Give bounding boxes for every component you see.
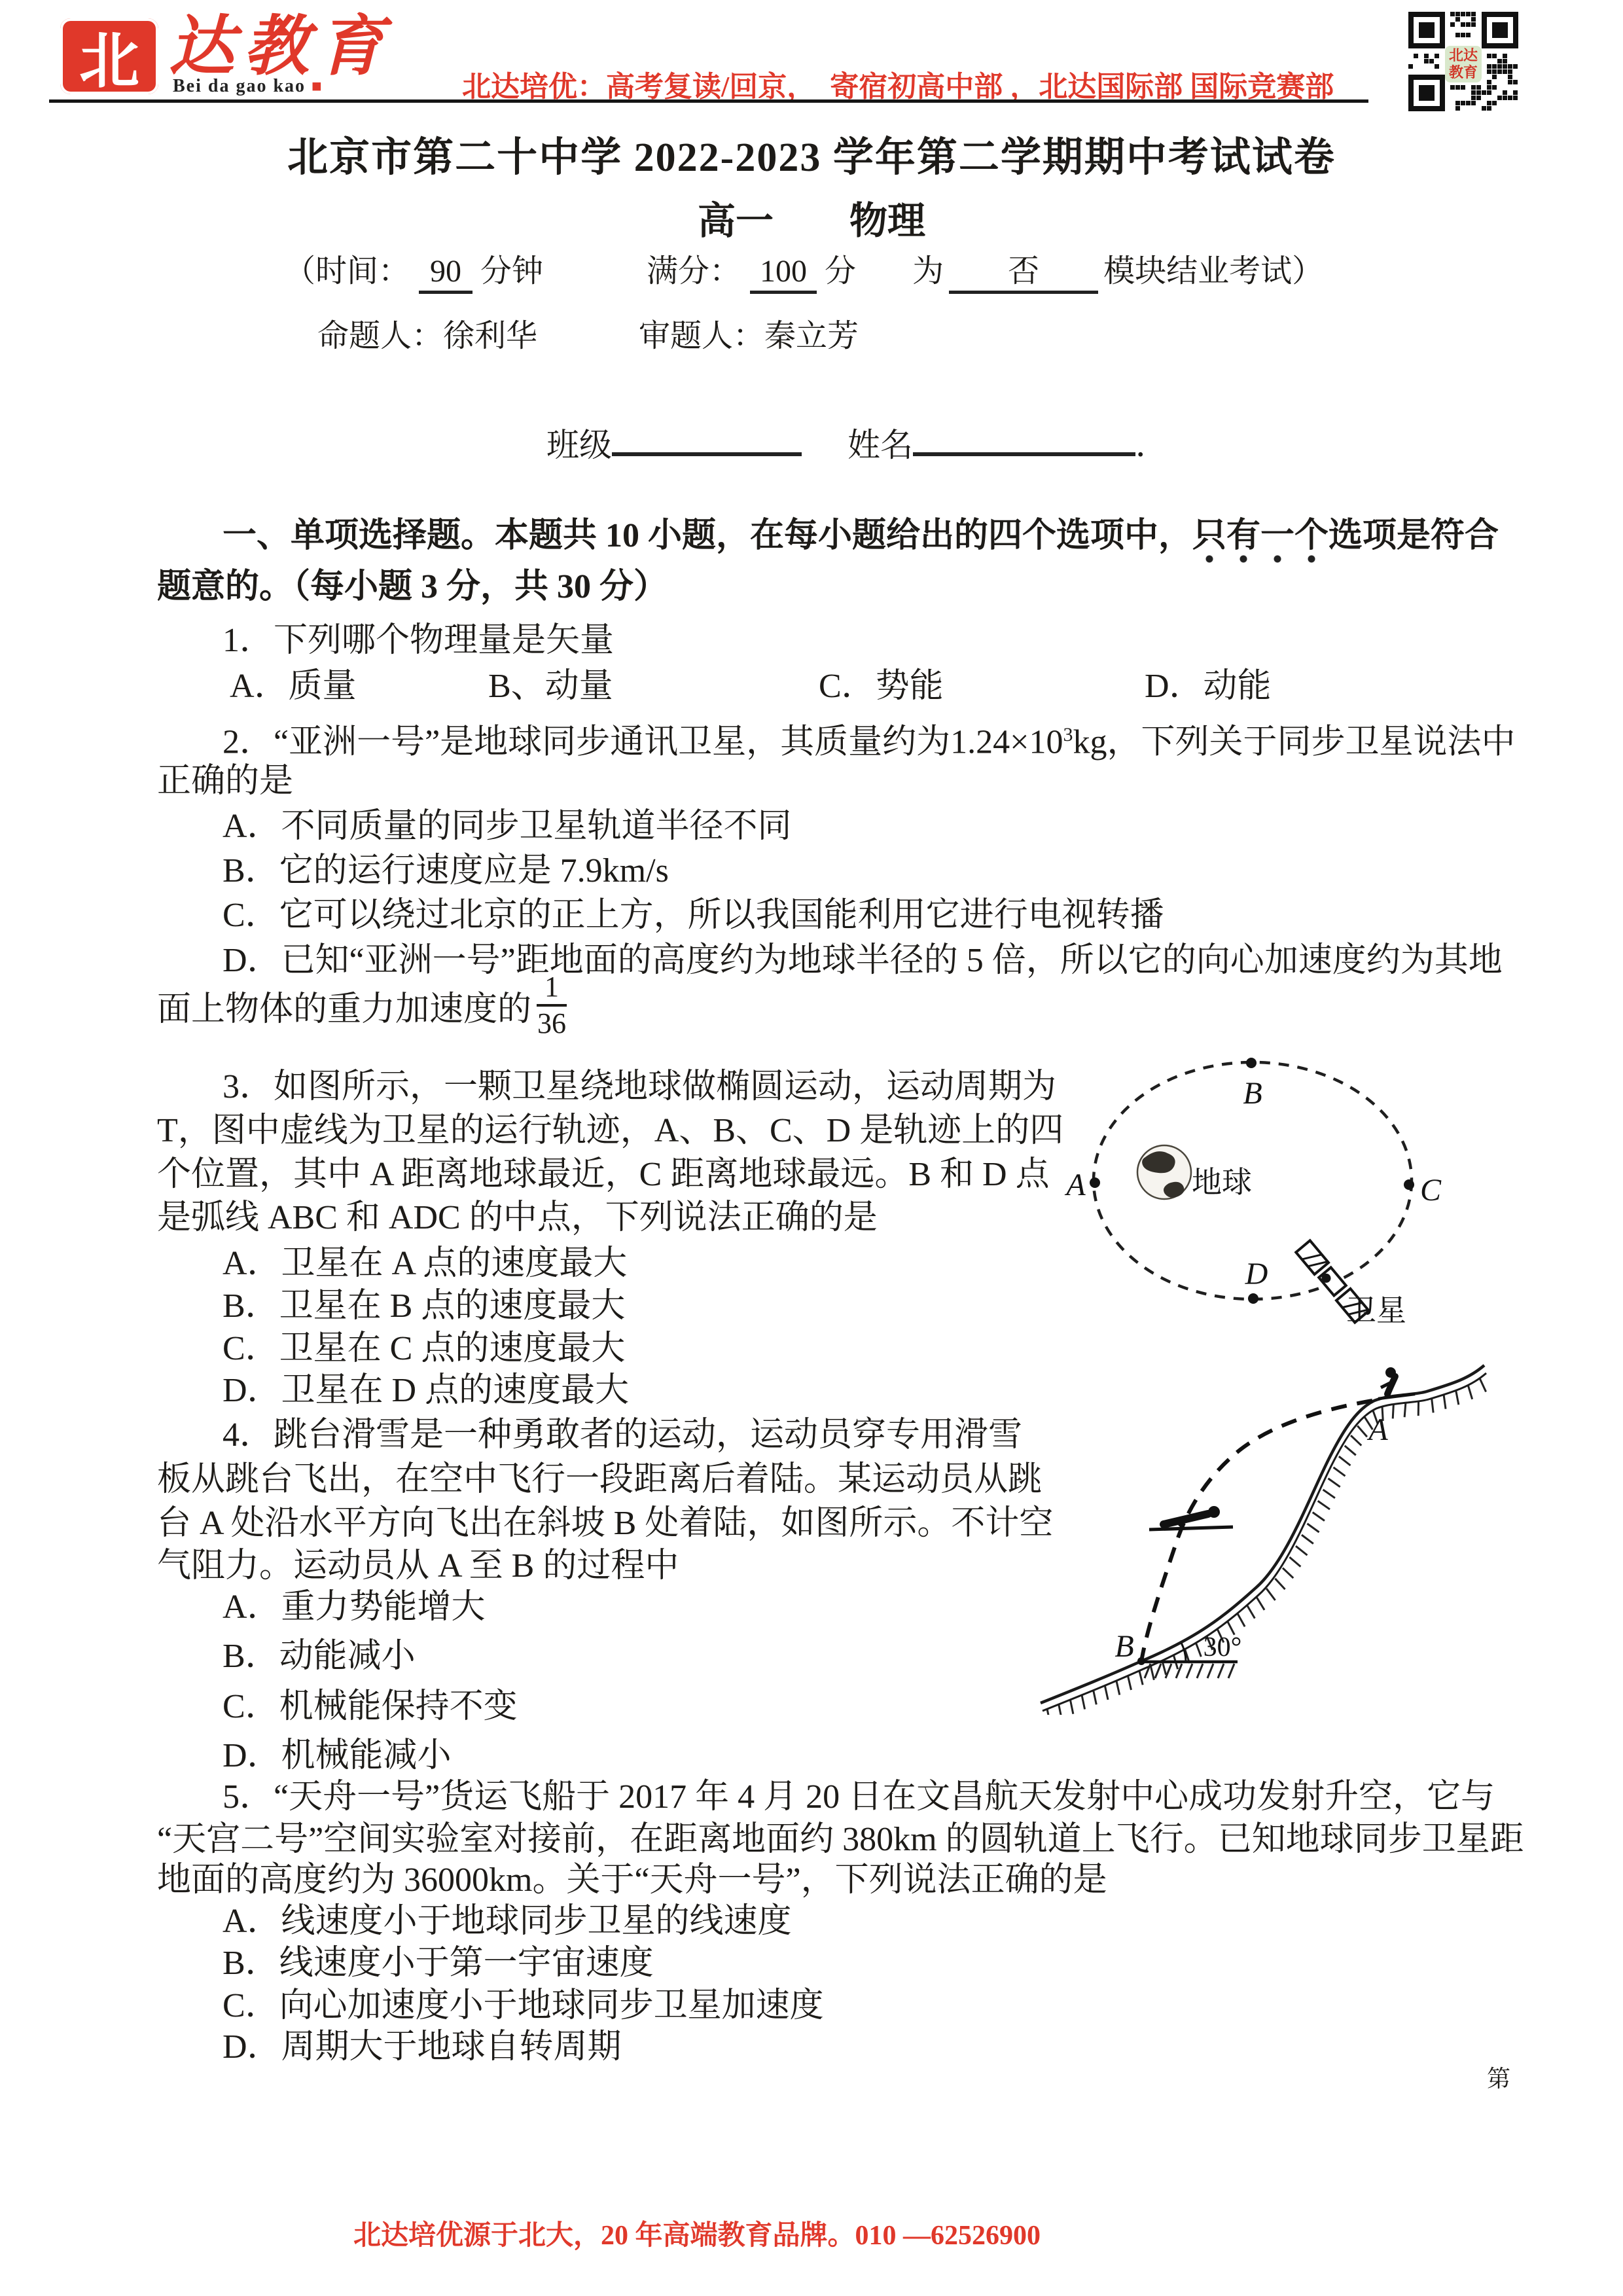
point-a-label: A <box>1064 1168 1086 1202</box>
q2-stem-text: 2．“亚洲一号”是地球同步通讯卫星，其质量约为1.24×10 <box>223 723 1063 761</box>
ski-jump-diagram-icon: A B 30° <box>1008 1335 1571 1715</box>
q2-stem-text2: kg，下列关于同步卫星说法中 <box>1073 723 1516 761</box>
q3-stem-line4: 是弧线 ABC 和 ADC 的中点，下列说法正确的是 <box>157 1198 878 1238</box>
meta-module-label: 模块结业考试） <box>1103 254 1323 289</box>
meta-points: 分 <box>817 254 856 289</box>
orbit-diagram-icon: 地球 A B C D 卫星 <box>1047 1008 1571 1348</box>
q3-option-a: A．卫星在 A 点的速度最大 <box>223 1244 627 1284</box>
meta-time-label: （时间： <box>284 254 410 289</box>
name-label: 姓名 <box>847 427 913 463</box>
q3-option-c: C．卫星在 C 点的速度最大 <box>223 1329 625 1369</box>
section-heading-line1: 一、单项选择题。本题共 10 小题，在每小题给出的四个选项中，只有一个选项是符合 <box>223 516 1499 556</box>
meta-minutes: 分钟 <box>473 254 543 289</box>
point-d-label: D <box>1245 1257 1268 1291</box>
q5-stem-line3: 地面的高度约为 36000km。关于“天舟一号”，下列说法正确的是 <box>157 1860 1107 1901</box>
angle-arc <box>1181 1643 1186 1661</box>
module-exam-blank: 否 <box>949 253 1098 294</box>
setter-label: 命题人：徐利华 <box>317 319 537 353</box>
q3-option-b: B．卫星在 B 点的速度最大 <box>223 1286 625 1327</box>
point-c-dot <box>1404 1179 1414 1190</box>
qr-code: 北达教育 <box>1408 12 1518 117</box>
point-d-dot <box>1248 1293 1258 1304</box>
section-heading-emphasis: 只有一个 <box>1192 517 1329 564</box>
header-divider <box>49 99 1368 103</box>
slope-surface <box>1041 1365 1484 1703</box>
q2-option-b: B．它的运行速度应是 7.9km/s <box>223 851 669 891</box>
q1-option-d: D．动能 <box>1145 666 1272 707</box>
brand-subtext: Bei da gao kao ■ <box>173 76 323 97</box>
q4-option-d: D．机械能减小 <box>223 1736 452 1776</box>
q4-stem-line4: 气阻力。运动员从 A 至 B 的过程中 <box>157 1546 679 1587</box>
exam-page: 北 达教育 Bei da gao kao ■ 北达培优：高考复读/回京， 寄宿初… <box>0 0 1623 2296</box>
landing-label-b: B <box>1115 1629 1133 1664</box>
slope-angle-label: 30° <box>1204 1632 1242 1662</box>
q5-option-d: D．周期大于地球自转周期 <box>223 2027 622 2068</box>
q3-stem-line2: T，图中虚线为卫星的运行轨迹，A、B、C、D 是轨迹上的四 <box>157 1111 1063 1151</box>
point-c-label: C <box>1420 1173 1442 1208</box>
q1-option-c: C．势能 <box>819 666 944 707</box>
q2-stem-line2: 正确的是 <box>157 761 293 802</box>
exam-meta-line: （时间：90 分钟满分：100 分为否模块结业考试） <box>284 253 1323 294</box>
earth-icon <box>1137 1145 1191 1199</box>
fraction-denominator: 36 <box>537 1007 566 1039</box>
q4-stem-line3: 台 A 处沿水平方向飞出在斜坡 B 处着陆，如图所示。不计空 <box>157 1503 1053 1544</box>
takeoff-label-a: A <box>1366 1412 1388 1447</box>
satellite-label: 卫星 <box>1346 1294 1406 1327</box>
fraction-numerator: 1 <box>537 971 567 1007</box>
exam-persons-line: 命题人：徐利华审题人：秦立芳 <box>317 310 859 355</box>
slope-underline <box>1043 1373 1486 1711</box>
earth-label: 地球 <box>1192 1166 1252 1199</box>
q4-option-c: C．机械能保持不变 <box>223 1687 518 1727</box>
brand-red-square-icon: ■ <box>312 77 323 96</box>
qr-center-label: 北达教育 <box>1445 46 1482 82</box>
time-blank: 90 <box>419 253 473 294</box>
q2-option-a: A．不同质量的同步卫星轨道半径不同 <box>223 806 792 847</box>
page-number-char: 第 <box>1487 2060 1510 2094</box>
q5-stem-line2: “天宫二号”空间实验室对接前，在距离地面约 380km 的圆轨道上飞行。已知地球… <box>157 1820 1524 1860</box>
q4-option-b: B．动能减小 <box>223 1636 416 1677</box>
meta-wei: 为 <box>912 254 944 289</box>
reviewer-label: 审题人：秦立芳 <box>639 319 859 353</box>
brand-text: 达教育 <box>169 12 393 82</box>
point-a-dot <box>1090 1177 1100 1188</box>
class-label: 班级 <box>546 427 612 463</box>
footer-slogan: 北达培优源于北大，20 年高端教育品牌。010 —62526900 <box>353 2214 1041 2253</box>
exam-subject: 高一 物理 <box>0 190 1623 245</box>
q1-option-a: A．质量 <box>230 666 357 707</box>
q3-stem-line3: 个位置，其中 A 距离地球最近，C 距离地球最远。B 和 D 点 <box>157 1155 1050 1195</box>
meta-score-label: 满分： <box>647 254 741 289</box>
point-b-label: B <box>1243 1076 1262 1111</box>
q5-option-b: B．线速度小于第一宇宙速度 <box>223 1943 654 1984</box>
q2-optd-text: 面上物体的重力加速度的 <box>157 981 531 1030</box>
logo-seal: 北 <box>60 18 158 94</box>
period-mark: ． <box>1135 427 1168 463</box>
q5-option-c: C．向心加速度小于地球同步卫星加速度 <box>223 1986 824 2026</box>
q4-option-a: A．重力势能增大 <box>223 1587 486 1628</box>
name-blank <box>913 452 1135 456</box>
q1-stem: 1．下列哪个物理量是矢量 <box>223 620 614 661</box>
q4-stem-line2: 板从跳台飞出，在空中飞行一段距离后着陆。某运动员从跳 <box>157 1460 1042 1500</box>
exam-title: 北京市第二十中学 2022-2023 学年第二学期期中考试试卷 <box>0 124 1623 183</box>
q2-exponent: 3 <box>1063 724 1073 745</box>
q4-stem-line1: 4．跳台滑雪是一种勇敢者的运动，运动员穿专用滑雪 <box>223 1415 1022 1456</box>
q2-option-d-continuation: 面上物体的重力加速度的 1 36 <box>157 967 567 1043</box>
q3-option-d: D．卫星在 D 点的速度最大 <box>223 1371 629 1411</box>
q3-stem-line1: 3．如图所示，一颗卫星绕地球做椭圆运动，运动周期为 <box>223 1067 1056 1107</box>
class-blank <box>612 452 802 456</box>
point-b-dot <box>1246 1058 1257 1068</box>
brand-subtext-latin: Bei da gao kao <box>173 76 306 96</box>
class-name-line: 班级姓名． <box>546 419 1168 466</box>
orbit-figure: 地球 A B C D 卫星 <box>1047 1008 1571 1352</box>
skier-standing-icon <box>1378 1367 1415 1399</box>
ski-jump-figure: A B 30° <box>1008 1335 1571 1718</box>
logo-seal-char: 北 <box>79 13 139 99</box>
section-heading-line2: 题意的。（每小题 3 分，共 30 分） <box>157 567 668 607</box>
header-slogan: 北达培优：高考复读/回京， 寄宿初高中部 ，北达国际部 国际竞赛部 <box>462 63 1334 105</box>
q1-option-b: B、动量 <box>488 666 613 707</box>
section-heading-pre: 一、单项选择题。本题共 10 小题，在每小题给出的四个选项中， <box>223 517 1192 554</box>
section-heading-post: 选项是符合 <box>1329 517 1499 554</box>
score-blank: 100 <box>750 253 817 294</box>
q5-option-a: A．线速度小于地球同步卫星的线速度 <box>223 1901 792 1942</box>
q2-option-c: C．它可以绕过北京的正上方，所以我国能利用它进行电视转播 <box>223 895 1164 936</box>
fraction-1-36: 1 36 <box>537 971 567 1039</box>
q2-stem-line1: 2．“亚洲一号”是地球同步通讯卫星，其质量约为1.24×103kg，下列关于同步… <box>223 715 1516 762</box>
q5-stem-line1: 5．“天舟一号”货运飞船于 2017 年 4 月 20 日在文昌航天发射中心成功… <box>223 1777 1495 1818</box>
